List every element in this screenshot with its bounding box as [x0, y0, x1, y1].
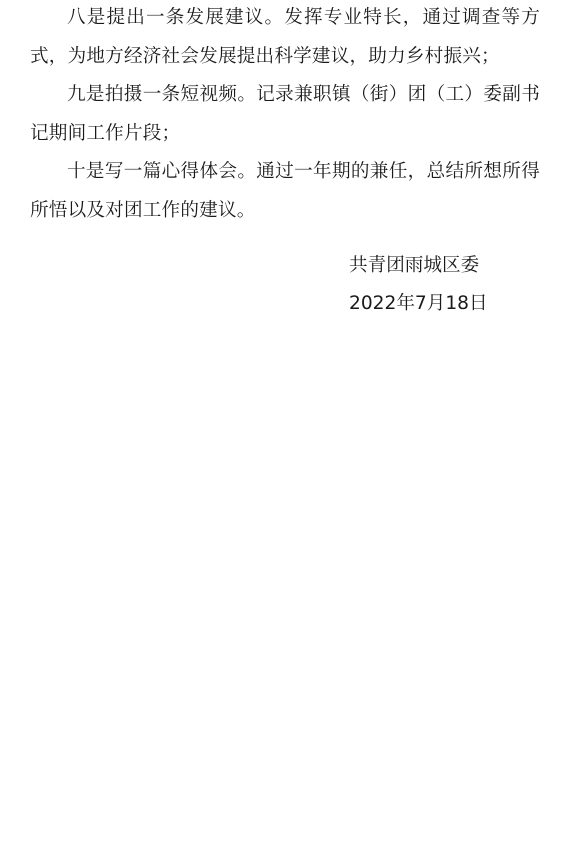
document-body: 八是提出一条发展建议。发挥专业特长，通过调查等方式，为地方经济社会发展提出科学建…	[30, 0, 540, 231]
paragraph-item-8: 八是提出一条发展建议。发挥专业特长，通过调查等方式，为地方经济社会发展提出科学建…	[30, 0, 540, 76]
paragraph-item-10: 十是写一篇心得体会。通过一年期的兼任，总结所想所得所悟以及对团工作的建议。	[30, 153, 540, 230]
signature-date: 2022年7月18日	[349, 285, 488, 323]
signature-block: 共青团雨城区委 2022年7月18日	[349, 247, 488, 323]
paragraph-item-9: 九是拍摄一条短视频。记录兼职镇（街）团（工）委副书记期间工作片段；	[30, 76, 540, 153]
signature-organization: 共青团雨城区委	[349, 247, 488, 285]
